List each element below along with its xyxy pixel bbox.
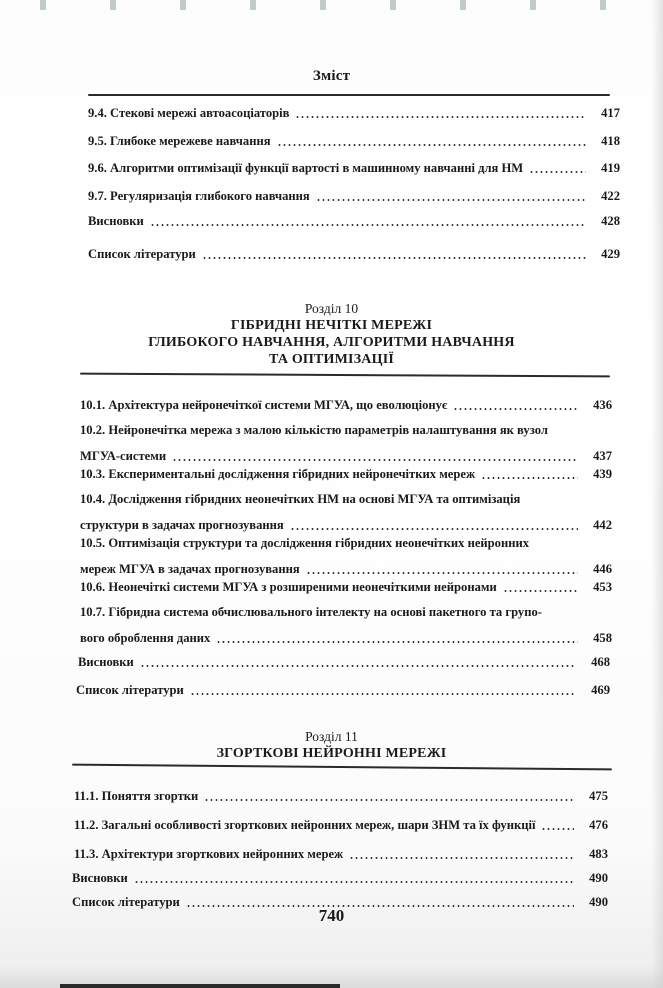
chapter10-title-line-1: ГІБРИДНІ НЕЧІТКІ МЕРЕЖІ xyxy=(0,317,663,334)
chapter10-rule xyxy=(80,373,610,378)
entry-page: 429 xyxy=(592,247,620,262)
entry-page: 475 xyxy=(580,789,608,804)
entry-number: 10.3. xyxy=(80,467,108,481)
entry-page: 422 xyxy=(592,189,620,204)
entry-text: Загальні особливості згорткових нейронни… xyxy=(102,818,536,832)
toc-entry[interactable]: Список літератури469 xyxy=(76,674,610,698)
entry-text: Висновки xyxy=(72,871,128,885)
leader-dots xyxy=(134,881,574,883)
entry-number: 9.7. xyxy=(88,189,110,203)
leader-dots xyxy=(277,144,586,146)
chapter11-rule xyxy=(72,764,612,771)
entry-text: Регуляризація глибокого навчання xyxy=(110,189,310,203)
book-page: Зміст 9.4. Стекові мережі автоасоціаторі… xyxy=(0,0,663,988)
page-number: 740 xyxy=(0,906,663,926)
leader-dots xyxy=(481,477,578,479)
chapter11-heading: Розділ 11 ЗГОРТКОВІ НЕЙРОННІ МЕРЕЖІ xyxy=(0,728,663,762)
entry-title: Список літератури xyxy=(76,683,184,698)
toc-entry[interactable]: Висновки428 xyxy=(88,214,620,229)
chapter11-label: Розділ 11 xyxy=(0,728,663,745)
entry-number: 11.3. xyxy=(74,847,102,861)
page-bottom-edge xyxy=(60,984,340,988)
toc-entry[interactable]: 11.1. Поняття згортки475 xyxy=(74,780,608,804)
toc-entry[interactable]: Висновки468 xyxy=(78,648,610,670)
leader-dots xyxy=(503,590,578,592)
entry-title: Висновки xyxy=(72,871,128,886)
toc-entry[interactable]: 11.3. Архітектури згорткових нейронних м… xyxy=(74,840,608,862)
toc-entry[interactable]: Висновки490 xyxy=(72,864,608,886)
entry-title: 10.1. Архітектура нейронечіткої системи … xyxy=(80,398,447,413)
entry-number: 10.7. xyxy=(80,605,108,619)
page-right-edge-shadow xyxy=(651,0,663,988)
chapter10-heading: Розділ 10 ГІБРИДНІ НЕЧІТКІ МЕРЕЖІ ГЛИБОК… xyxy=(0,300,663,368)
entry-text: Архітектури згорткових нейронних мереж xyxy=(102,847,344,861)
leader-dots xyxy=(140,665,576,667)
entry-page: 453 xyxy=(584,580,612,595)
entry-title-continued: МГУА-системи xyxy=(80,449,166,464)
entry-number: 10.6. xyxy=(80,580,108,594)
entry-title: Гібридна система обчислювального інтелек… xyxy=(108,605,542,619)
toc-entry[interactable]: 10.1. Архітектура нейронечіткої системи … xyxy=(80,398,612,413)
toc-entry[interactable]: 9.4. Стекові мережі автоасоціаторів417 xyxy=(88,106,620,121)
entry-text: Поняття згортки xyxy=(102,789,199,803)
toc-entry-line: 10.4. Дослідження гібридних неонечітких … xyxy=(80,492,520,507)
entry-text: Висновки xyxy=(88,214,144,228)
entry-page: 436 xyxy=(584,398,612,413)
leader-dots xyxy=(541,828,574,830)
entry-number: 9.4. xyxy=(88,106,110,120)
entry-title: 10.3. Експериментальні дослідження гібри… xyxy=(80,467,475,482)
leader-dots xyxy=(204,799,574,801)
toc-entry[interactable]: 11.2. Загальні особливості згорткових не… xyxy=(74,818,608,833)
entry-page: 458 xyxy=(584,631,612,646)
entry-page: 417 xyxy=(592,106,620,121)
entry-title: Висновки xyxy=(78,655,134,670)
chapter10-title-line-3: ТА ОПТИМІЗАЦІЇ xyxy=(0,351,663,368)
toc-entry[interactable]: структури в задачах прогнозування442 xyxy=(80,507,612,533)
entry-title: 10.6. Неонечіткі системи МГУА з розширен… xyxy=(80,580,497,595)
entry-number: 10.4. xyxy=(80,492,108,506)
entry-text: Стекові мережі автоасоціаторів xyxy=(110,106,289,120)
toc-entry[interactable]: Список літератури429 xyxy=(88,240,620,262)
entry-title-continued: структури в задачах прогнозування xyxy=(80,518,284,533)
entry-number: 9.6. xyxy=(88,161,110,175)
chapter11-title: ЗГОРТКОВІ НЕЙРОННІ МЕРЕЖІ xyxy=(0,745,663,762)
entry-title: 9.5. Глибоке мережеве навчання xyxy=(88,134,271,149)
entry-text: Список літератури xyxy=(88,247,196,261)
leader-dots xyxy=(349,857,574,859)
entry-page: 490 xyxy=(580,871,608,886)
entry-number: 11.2. xyxy=(74,818,102,832)
toc-entry-line: 10.5. Оптимізація структури та досліджен… xyxy=(80,536,529,551)
toc-entry[interactable]: 10.3. Експериментальні дослідження гібри… xyxy=(80,467,612,482)
leader-dots xyxy=(150,224,586,226)
leader-dots xyxy=(529,171,586,173)
entry-text: Список літератури xyxy=(76,683,184,697)
chapter10-label: Розділ 10 xyxy=(0,300,663,317)
entry-title: 11.3. Архітектури згорткових нейронних м… xyxy=(74,847,343,862)
entry-page: 418 xyxy=(592,134,620,149)
entry-page: 442 xyxy=(584,518,612,533)
toc-entry-line: 10.2. Нейронечітка мережа з малою кількі… xyxy=(80,423,548,438)
toc-entry[interactable]: 9.5. Глибоке мережеве навчання418 xyxy=(88,134,620,149)
entry-title: Список літератури xyxy=(88,247,196,262)
entry-number: 10.2. xyxy=(80,423,108,437)
entry-number: 11.1. xyxy=(74,789,102,803)
entry-page: 446 xyxy=(584,562,612,577)
entry-title: Висновки xyxy=(88,214,144,229)
entry-page: 428 xyxy=(592,214,620,229)
toc-entry[interactable]: 10.6. Неонечіткі системи МГУА з розширен… xyxy=(80,580,612,595)
toc-entry[interactable]: МГУА-системи437 xyxy=(80,438,612,464)
entry-title: 11.1. Поняття згортки xyxy=(74,789,198,804)
entry-number: 10.5. xyxy=(80,536,108,550)
leader-dots xyxy=(216,641,578,643)
leader-dots xyxy=(453,408,578,410)
entry-page: 483 xyxy=(580,847,608,862)
chapter10-title-line-2: ГЛИБОКОГО НАВЧАННЯ, АЛГОРИТМИ НАВЧАННЯ xyxy=(0,334,663,351)
toc-entry-line: 10.7. Гібридна система обчислювального і… xyxy=(80,605,542,620)
leader-dots xyxy=(190,693,576,695)
leader-dots xyxy=(316,199,586,201)
entry-title-continued: вого оброблення даних xyxy=(80,631,210,646)
entry-text: Неонечіткі системи МГУА з розширеними не… xyxy=(108,580,496,594)
entry-number: 10.1. xyxy=(80,398,108,412)
leader-dots xyxy=(295,116,586,118)
entry-text: Експериментальні дослідження гібридних н… xyxy=(108,467,475,481)
running-header: Зміст xyxy=(0,68,663,85)
entry-title: Дослідження гібридних неонечітких НМ на … xyxy=(108,492,520,506)
leader-dots xyxy=(202,257,586,259)
entry-page: 419 xyxy=(592,161,620,176)
entry-page: 437 xyxy=(584,449,612,464)
entry-title: Нейронечітка мережа з малою кількістю па… xyxy=(108,423,548,437)
entry-page: 476 xyxy=(580,818,608,833)
toc-entry[interactable]: 9.7. Регуляризація глибокого навчання422 xyxy=(88,189,620,204)
entry-text: Архітектура нейронечіткої системи МГУА, … xyxy=(108,398,447,412)
entry-text: Висновки xyxy=(78,655,134,669)
entry-title: Оптимізація структури та дослідження гіб… xyxy=(108,536,529,550)
leader-dots xyxy=(290,528,578,530)
entry-page: 468 xyxy=(582,655,610,670)
toc-entry[interactable]: мереж МГУА в задачах прогнозування446 xyxy=(80,551,612,577)
entry-page: 439 xyxy=(584,467,612,482)
entry-title: 9.6. Алгоритми оптимізації функції варто… xyxy=(88,161,523,176)
leader-dots xyxy=(306,572,578,574)
entry-number: 9.5. xyxy=(88,134,110,148)
entry-title: 9.4. Стекові мережі автоасоціаторів xyxy=(88,106,289,121)
entry-title: 11.2. Загальні особливості згорткових не… xyxy=(74,818,535,833)
header-rule xyxy=(88,94,610,96)
entry-page: 469 xyxy=(582,683,610,698)
entry-text: Алгоритми оптимізації функції вартості в… xyxy=(110,161,523,175)
leader-dots xyxy=(172,459,578,461)
page-top-edge xyxy=(0,0,663,10)
entry-title-continued: мереж МГУА в задачах прогнозування xyxy=(80,562,300,577)
entry-title: 9.7. Регуляризація глибокого навчання xyxy=(88,189,310,204)
toc-entry[interactable]: вого оброблення даних458 xyxy=(80,620,612,646)
toc-entry[interactable]: 9.6. Алгоритми оптимізації функції варто… xyxy=(88,161,620,176)
entry-text: Глибоке мережеве навчання xyxy=(110,134,270,148)
